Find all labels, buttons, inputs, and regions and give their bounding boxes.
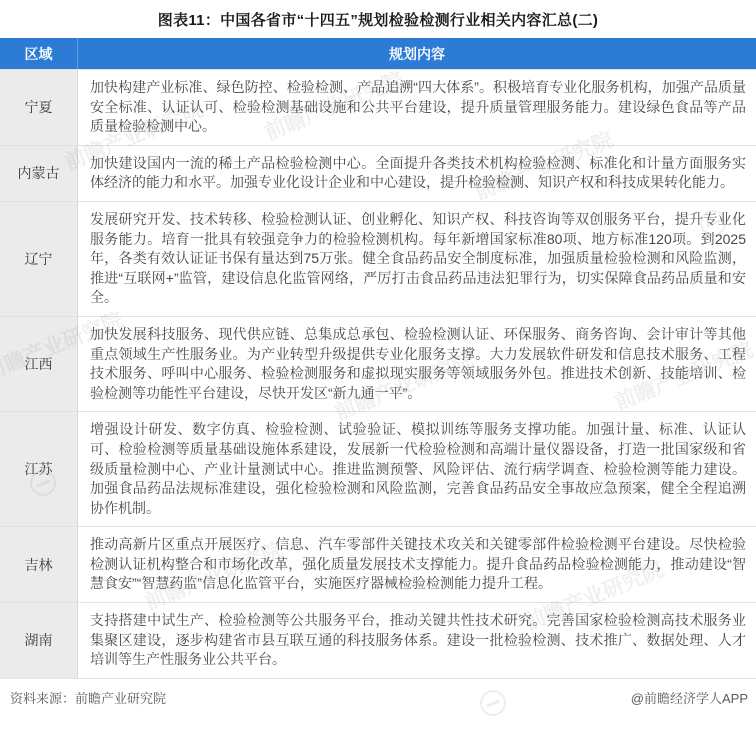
- table-row-jiangsu: 江苏 增强设计研发、数字仿真、检验检测、试验验证、模拟训练等服务支撑功能。加强计…: [0, 411, 756, 526]
- content-cell: 推动高新片区重点开展医疗、信息、汽车零部件关键技术攻关和关键零部件检验检测平台建…: [78, 527, 756, 602]
- region-cell: 内蒙古: [0, 146, 78, 201]
- table-row-hunan: 湖南 支持搭建中试生产、检验检测等公共服务平台，推动关键共性技术研究。完善国家检…: [0, 602, 756, 678]
- region-cell: 辽宁: [0, 202, 78, 316]
- content-cell: 支持搭建中试生产、检验检测等公共服务平台，推动关键共性技术研究。完善国家检验检测…: [78, 603, 756, 678]
- table-row-neimenggu: 内蒙古 加快建设国内一流的稀土产品检验检测中心。全面提升各类技术机构检验检测、标…: [0, 145, 756, 201]
- chart-title: 图表11：中国各省市“十四五”规划检验检测行业相关内容汇总(二): [0, 0, 756, 38]
- credit-label: @前瞻经济学人APP: [631, 688, 748, 707]
- table-row-jilin: 吉林 推动高新片区重点开展医疗、信息、汽车零部件关键技术攻关和关键零部件检验检测…: [0, 526, 756, 602]
- content-cell: 发展研究开发、技术转移、检验检测认证、创业孵化、知识产权、科技咨询等双创服务平台…: [78, 202, 756, 316]
- region-cell: 江西: [0, 317, 78, 411]
- column-header-region: 区域: [0, 38, 78, 69]
- table-row-jiangxi: 江西 加快发展科技服务、现代供应链、总集成总承包、检验检测认证、环保服务、商务咨…: [0, 316, 756, 411]
- table-row-liaoning: 辽宁 发展研究开发、技术转移、检验检测认证、创业孵化、知识产权、科技咨询等双创服…: [0, 201, 756, 316]
- source-label: 资料来源：前瞻产业研究院: [10, 688, 166, 707]
- table-row-ningxia: 宁夏 加快构建产业标准、绿色防控、检验检测、产品追溯“四大体系”。积极培育专业化…: [0, 69, 756, 145]
- content-cell: 加快建设国内一流的稀土产品检验检测中心。全面提升各类技术机构检验检测、标准化和计…: [78, 146, 756, 201]
- column-header-plan-content: 规划内容: [78, 38, 756, 69]
- region-cell: 吉林: [0, 527, 78, 602]
- region-cell: 湖南: [0, 603, 78, 678]
- region-cell: 江苏: [0, 412, 78, 526]
- figure-table-page: 图表11：中国各省市“十四五”规划检验检测行业相关内容汇总(二) 区域 规划内容…: [0, 0, 756, 738]
- content-cell: 增强设计研发、数字仿真、检验检测、试验验证、模拟训练等服务支撑功能。加强计量、标…: [78, 412, 756, 526]
- region-cell: 宁夏: [0, 70, 78, 145]
- plan-content-table: 区域 规划内容 宁夏 加快构建产业标准、绿色防控、检验检测、产品追溯“四大体系”…: [0, 38, 756, 679]
- content-cell: 加快发展科技服务、现代供应链、总集成总承包、检验检测认证、环保服务、商务咨询、会…: [78, 317, 756, 411]
- chart-footer: 资料来源：前瞻产业研究院 @前瞻经济学人APP: [0, 679, 756, 707]
- table-header-row: 区域 规划内容: [0, 38, 756, 69]
- content-cell: 加快构建产业标准、绿色防控、检验检测、产品追溯“四大体系”。积极培育专业化服务机…: [78, 70, 756, 145]
